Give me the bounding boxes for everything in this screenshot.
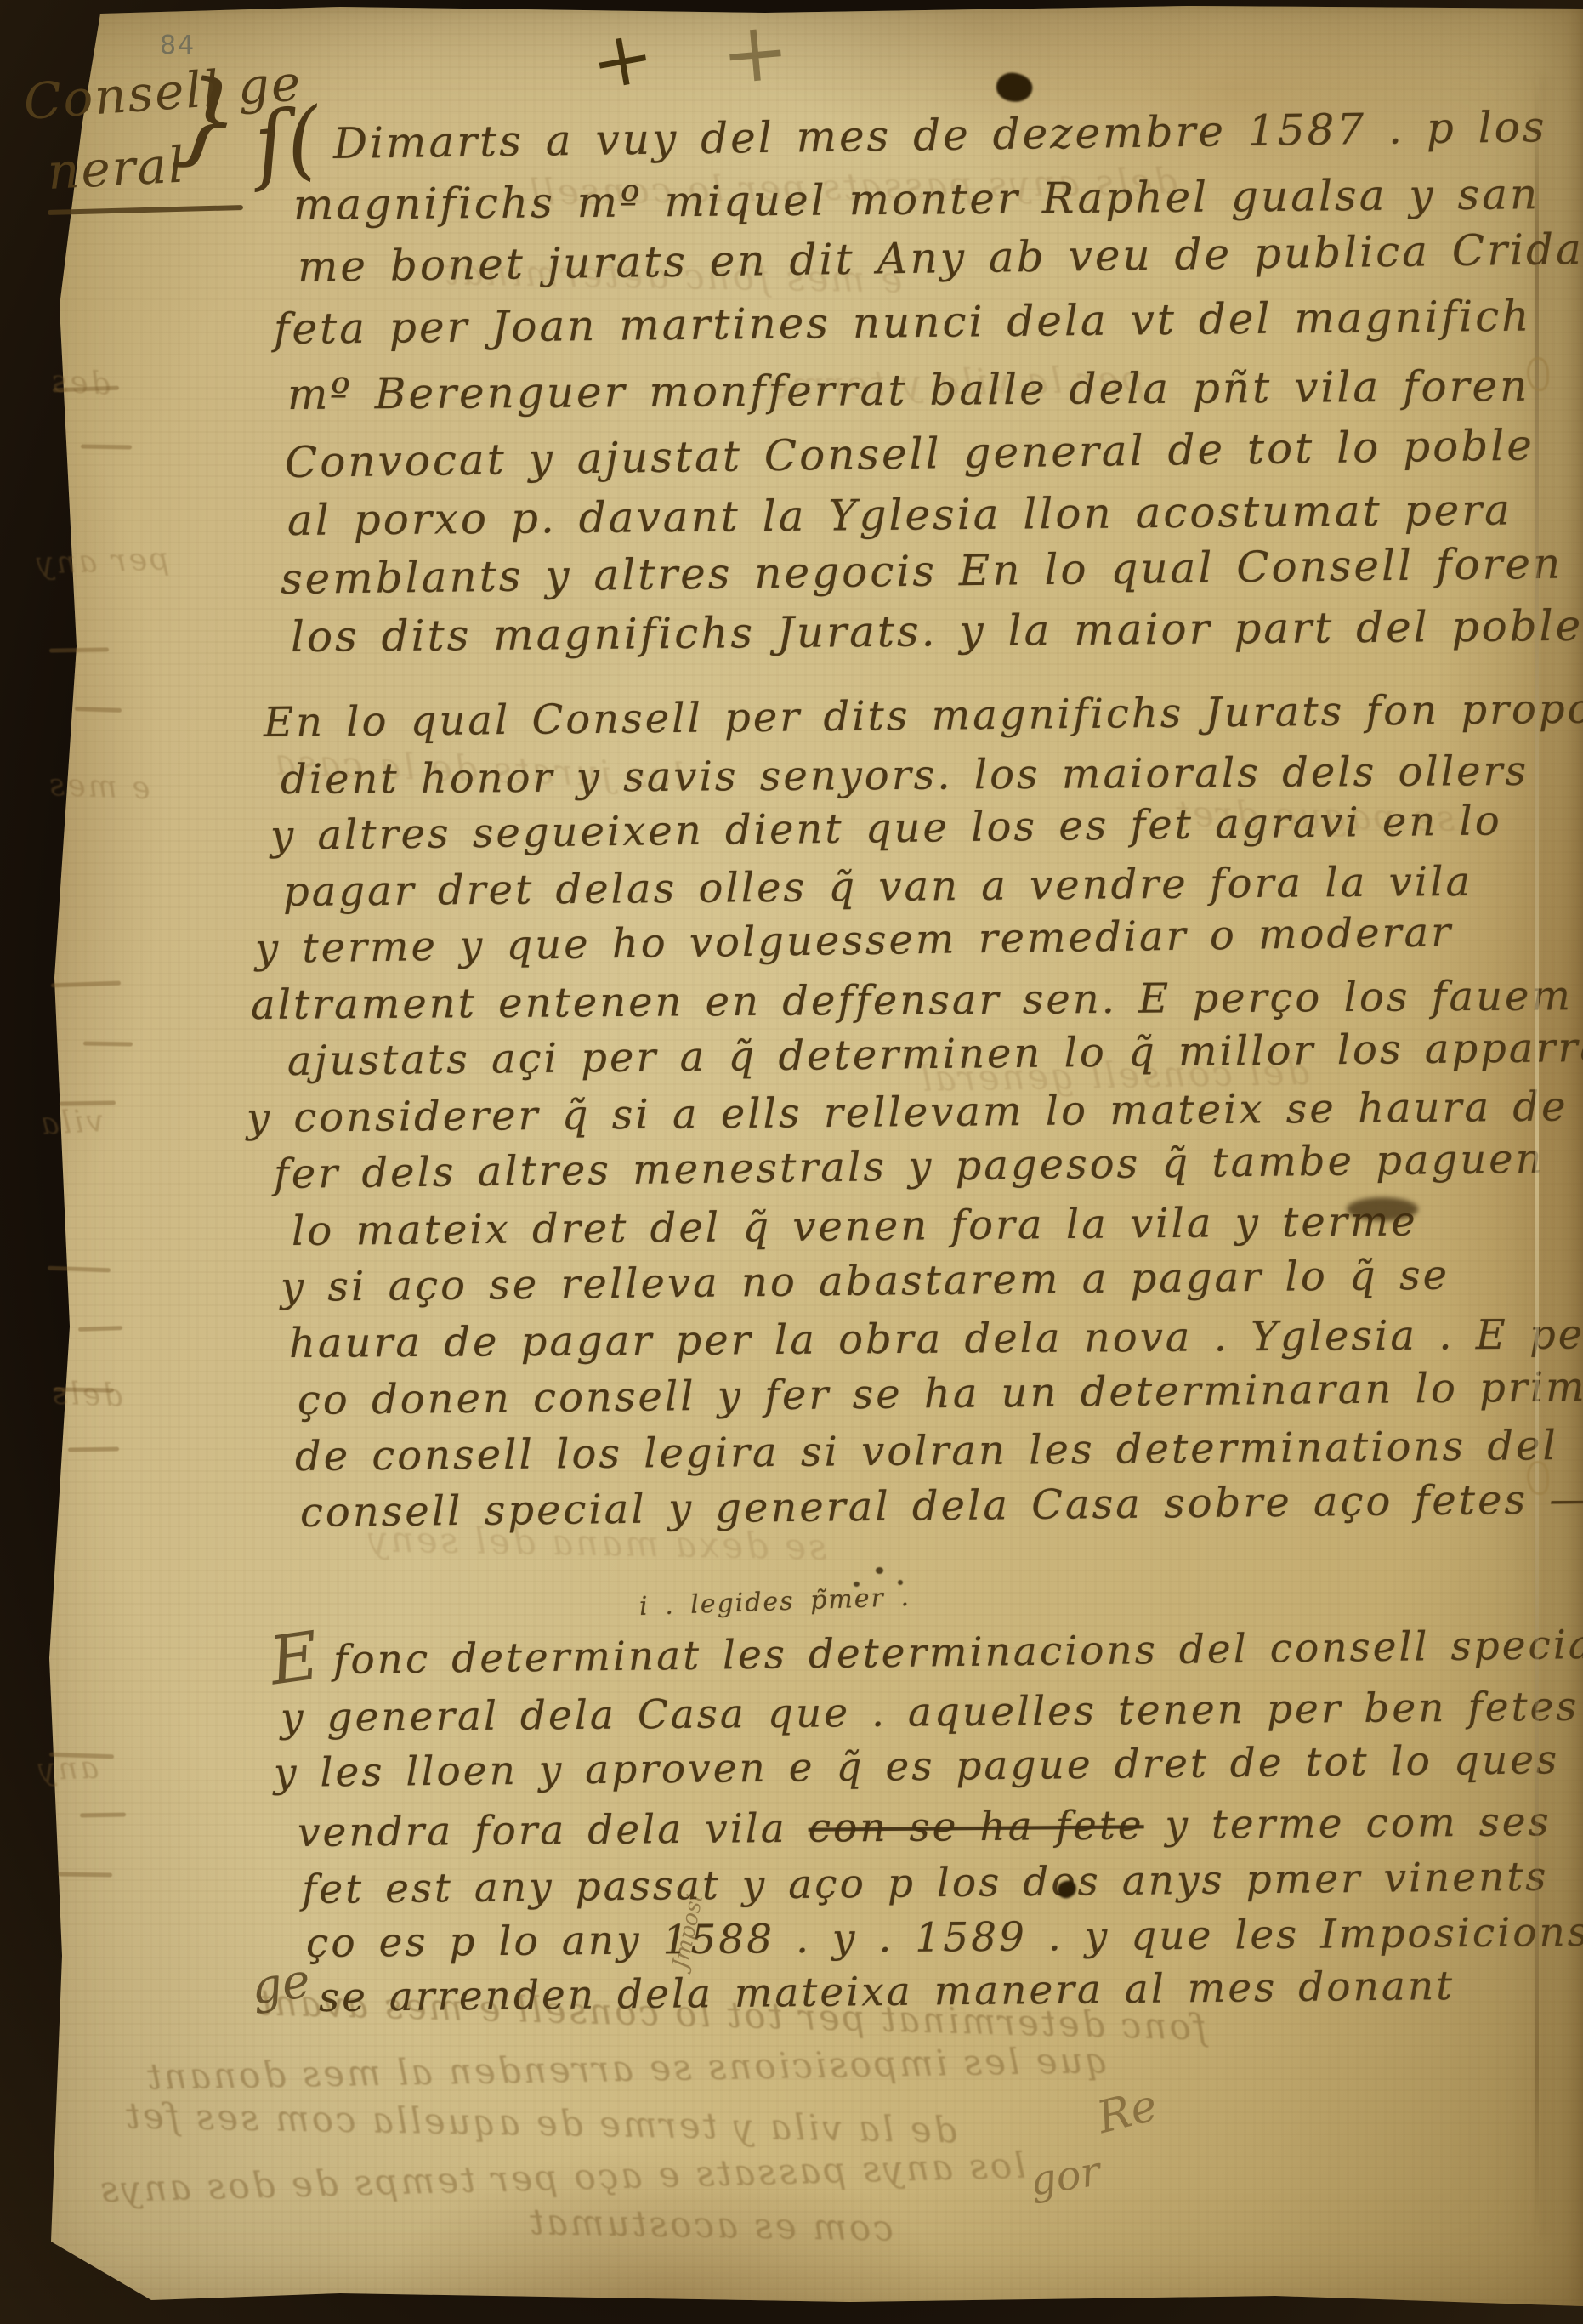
ink-smudge xyxy=(1347,1197,1418,1221)
bleedthrough-fragment: e mes xyxy=(46,768,150,806)
foot-flourish: ge xyxy=(247,1953,313,2016)
bleedthrough-line: com es acostumat xyxy=(527,2201,894,2249)
bleedthrough-fragment: des xyxy=(48,364,111,402)
invocation-cross-right: + xyxy=(717,3,793,104)
ink-spatter xyxy=(854,1582,860,1587)
margin-dash xyxy=(83,1041,133,1046)
margin-dash xyxy=(81,444,132,449)
margin-note-line2: neral xyxy=(46,136,187,201)
line-segment: y terme com ses xyxy=(1143,1798,1552,1849)
manuscript-line: mº Berenguer monfferrat balle dela pñt v… xyxy=(287,361,1530,419)
bleedthrough-fragment: dels xyxy=(48,1377,123,1414)
stitch-mark xyxy=(1527,357,1549,391)
stitch-mark xyxy=(1527,1461,1549,1495)
folio-number: 84 xyxy=(160,31,196,60)
bleedthrough-fragment: per any xyxy=(33,542,169,582)
struck-segment: con se ha fete xyxy=(808,1802,1143,1851)
bleedthrough-fragment: vila xyxy=(37,1104,105,1142)
manuscript-line: altrament entenen en deffensar sen. E pe… xyxy=(251,972,1573,1029)
fold-crease xyxy=(1535,77,1539,2236)
manuscript-line: lo mateix dret del q̃ venen fora la vila… xyxy=(292,1197,1418,1255)
ink-spatter xyxy=(876,1567,883,1574)
initial-flourish: ſ( xyxy=(250,88,325,194)
line-segment: vendra fora dela vila xyxy=(298,1805,809,1856)
manuscript-scan: { "page": { "folio_number": "84", "margi… xyxy=(0,0,1583,2324)
margin-dash xyxy=(80,1813,126,1818)
ink-spatter xyxy=(898,1580,903,1585)
margin-dash xyxy=(68,1446,119,1452)
manuscript-line: haura de pagar per la obra dela nova . Y… xyxy=(289,1310,1583,1367)
manuscript-line: dient honor y savis senyors. los maioral… xyxy=(281,747,1529,804)
paragraph-flourish: E xyxy=(265,1618,324,1701)
